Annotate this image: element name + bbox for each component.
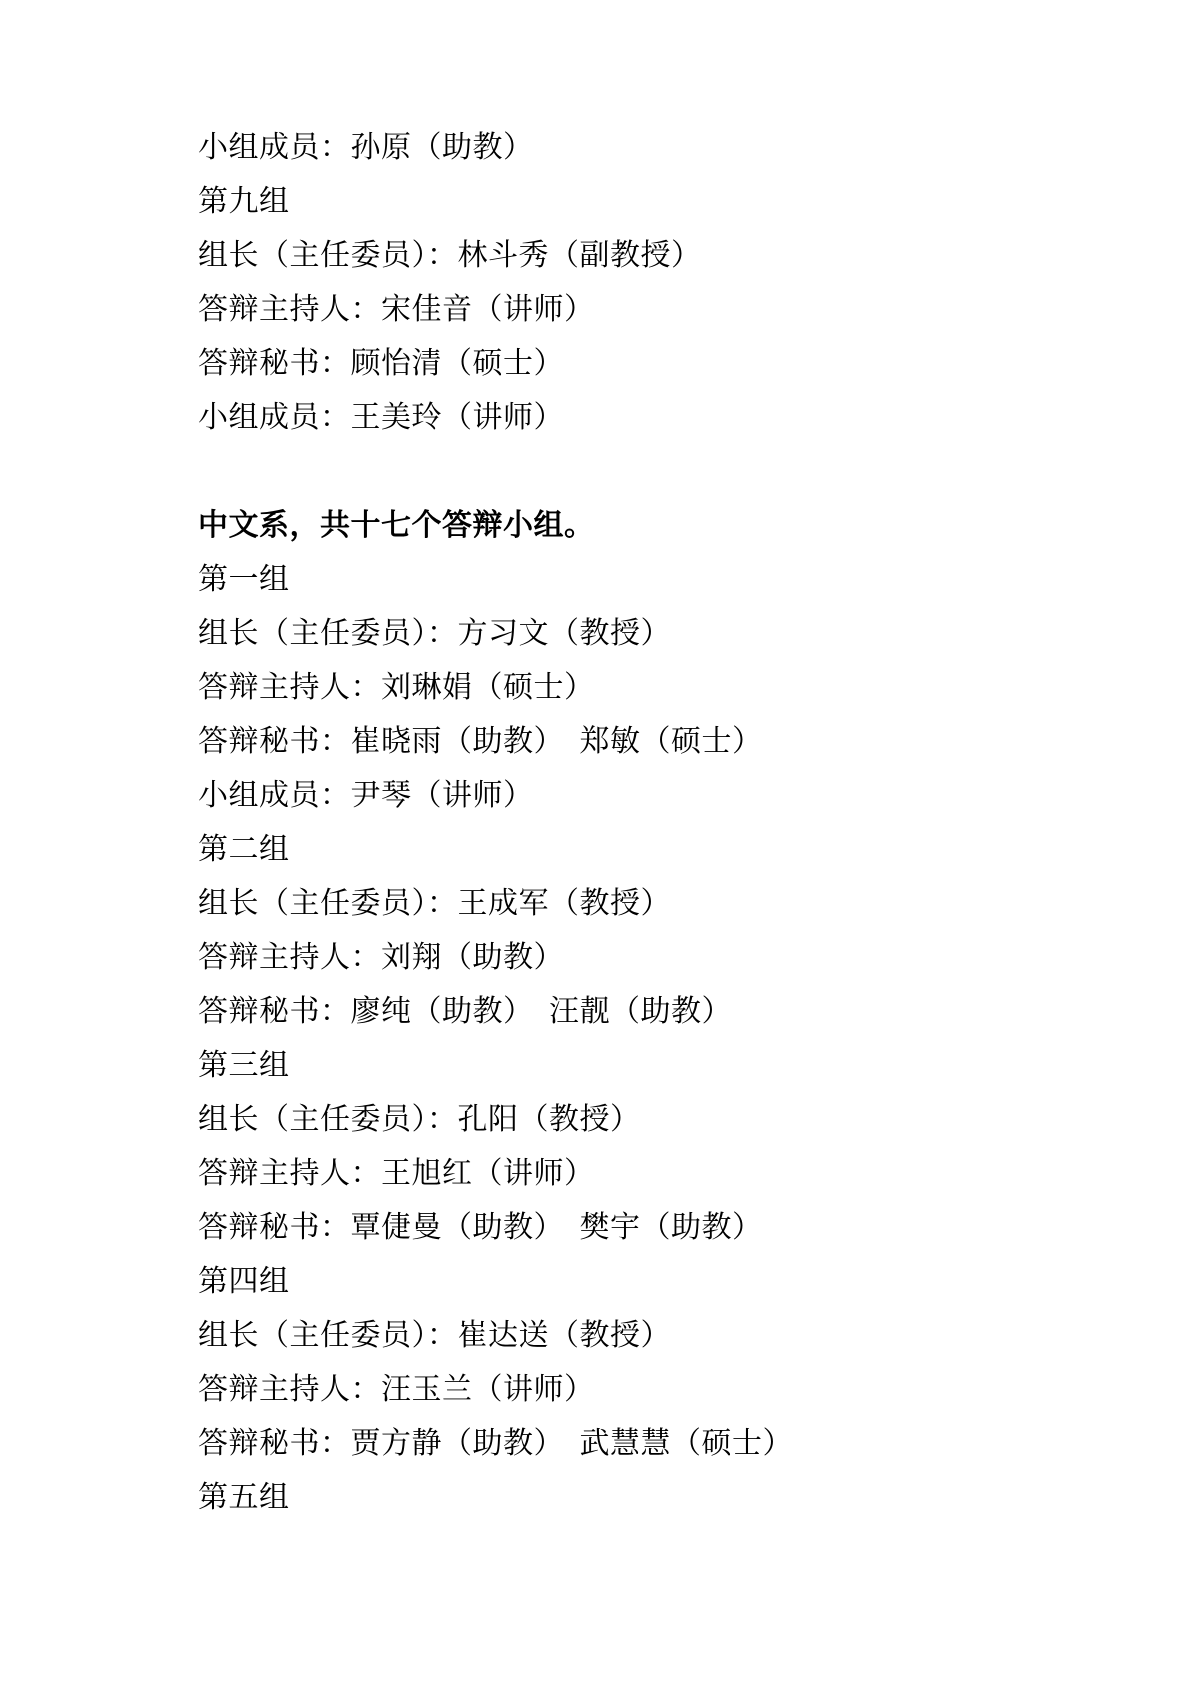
document-line: 组长（主任委员）：崔达送（教授） [198,1309,1070,1363]
document-line: 答辩主持人：刘琳娟（硕士） [198,661,1070,715]
document-line: 第二组 [198,823,1070,877]
blank-line [198,445,1070,499]
document-line: 小组成员：孙原（助教） [198,121,1070,175]
document-line: 组长（主任委员）：林斗秀（副教授） [198,229,1070,283]
document-line: 答辩秘书：崔晓雨（助教） 郑敏（硕士） [198,715,1070,769]
document-line: 答辩主持人：王旭红（讲师） [198,1147,1070,1201]
document-line: 答辩主持人：汪玉兰（讲师） [198,1363,1070,1417]
document-line: 小组成员：尹琴（讲师） [198,769,1070,823]
document-page: 小组成员：孙原（助教）第九组组长（主任委员）：林斗秀（副教授）答辩主持人：宋佳音… [0,0,1190,1683]
document-line: 小组成员：王美玲（讲师） [198,391,1070,445]
section-heading: 中文系，共十七个答辩小组。 [198,499,1070,553]
document-line: 答辩秘书：覃倢曼（助教） 樊宇（助教） [198,1201,1070,1255]
document-line: 组长（主任委员）：方习文（教授） [198,607,1070,661]
document-line: 第九组 [198,175,1070,229]
document-line: 答辩主持人：宋佳音（讲师） [198,283,1070,337]
document-line: 第四组 [198,1255,1070,1309]
document-content: 小组成员：孙原（助教）第九组组长（主任委员）：林斗秀（副教授）答辩主持人：宋佳音… [198,121,1070,1525]
document-line: 答辩秘书：廖纯（助教） 汪靓（助教） [198,985,1070,1039]
document-line: 答辩秘书：顾怡清（硕士） [198,337,1070,391]
document-line: 答辩秘书：贾方静（助教） 武慧慧（硕士） [198,1417,1070,1471]
document-line: 组长（主任委员）：孔阳（教授） [198,1093,1070,1147]
document-line: 第一组 [198,553,1070,607]
document-line: 第五组 [198,1471,1070,1525]
document-line: 组长（主任委员）：王成军（教授） [198,877,1070,931]
document-line: 第三组 [198,1039,1070,1093]
document-line: 答辩主持人：刘翔（助教） [198,931,1070,985]
